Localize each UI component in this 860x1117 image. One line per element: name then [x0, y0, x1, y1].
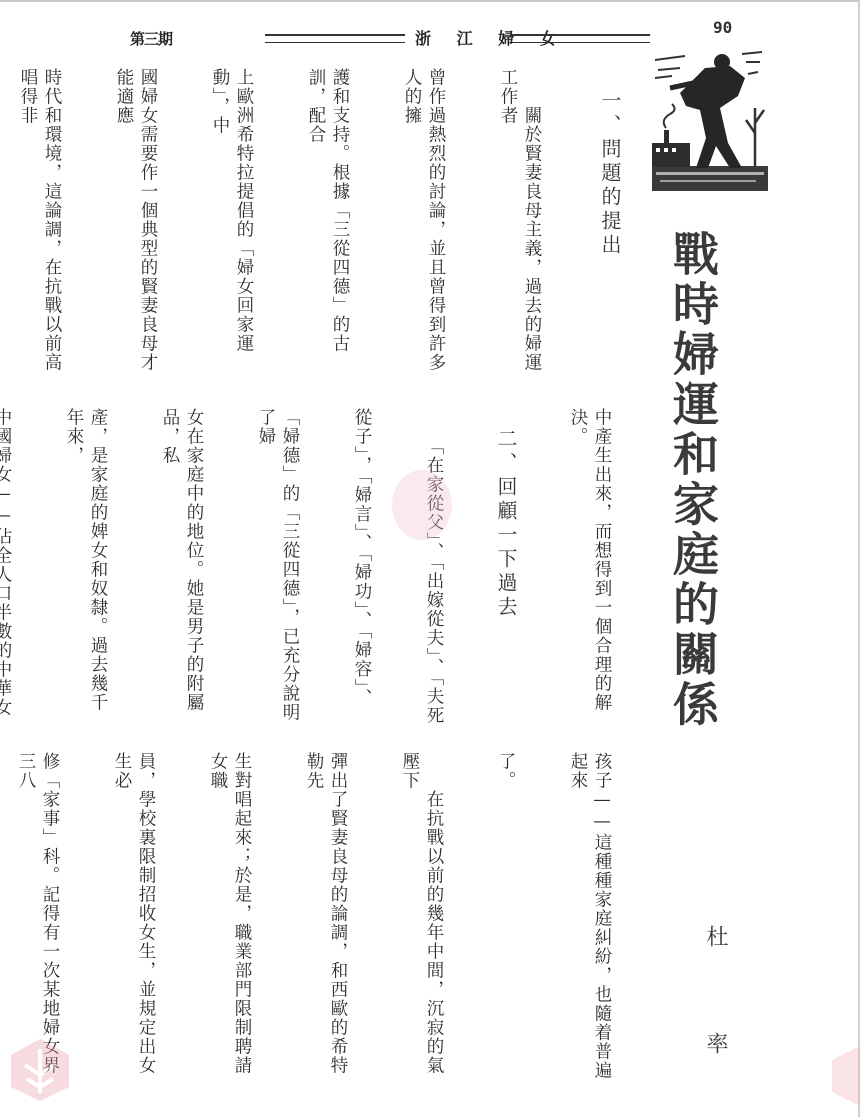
text-column: 中國婦女——佔全人口半數的中華女兒，就 [0, 408, 14, 728]
text-column: 彈出了賢妻良母的論調，和西歐的希特勒先 [302, 752, 350, 1092]
watermark-logo-partial-icon [822, 1040, 860, 1110]
article-author: 杜 率 [700, 925, 731, 1084]
top-band-text: 關於賢妻良母主義，過去的婦運工作者 曾作過熱烈的討論，並且曾得到許多人的擁 護和… [0, 68, 592, 388]
bottom-band-text: 孩子——這種種家庭糾紛，也隨着普遍起來 了。 在抗戰以前的幾年中間，沉寂的氣壓下… [0, 752, 662, 1092]
header-rule-right [510, 34, 650, 43]
watermark-blot [392, 470, 452, 540]
watermark-logo-icon [5, 1035, 75, 1105]
text-column: 國婦女需要作一個典型的賢妻良母才能適應 [112, 68, 160, 388]
text-column: 曾作過熱烈的討論，並且曾得到許多人的擁 [400, 68, 448, 388]
issue-label: 第三期 [130, 28, 172, 49]
text-column: 孩子——這種種家庭糾紛，也隨着普遍起來 [566, 752, 614, 1092]
text-column: 在抗戰以前的幾年中間，沉寂的氣壓下 [398, 752, 446, 1092]
header-rule-left [265, 34, 405, 43]
text-column: 從子」，「婦言」、「婦功」、「婦容」、 [350, 408, 374, 728]
text-column: 中產生出來，而想得到一個合理的解決。 [566, 408, 614, 728]
text-column: 關於賢妻良母主義，過去的婦運工作者 [496, 68, 544, 388]
section-1-heading: 一、問題的提出 [598, 90, 622, 350]
text-column: 上歐洲希特拉提倡的「婦女回家運動」，中 [208, 68, 256, 388]
section-2-heading: 二、回顧一下過去 [494, 408, 518, 728]
worker-woodcut-icon [650, 48, 770, 193]
page-header: 第三期 浙 江 婦 女 90 [130, 14, 730, 50]
text-column: 護和支持。根據「三從四德」的古訓，配合 [304, 68, 352, 388]
middle-band-text: 中產生出來，而想得到一個合理的解決。 二、回顧一下過去 「在家從父」、「出嫁從夫… [0, 408, 662, 728]
text-column: 生對唱起來；於是，職業部門限制聘請女職 [206, 752, 254, 1092]
text-column: 「婦德」的「三從四德」，已充分說明了婦 [254, 408, 302, 728]
text-column: 「在家從父」、「出嫁從夫」、「夫死 [422, 408, 446, 728]
page-number: 90 [713, 18, 732, 37]
text-column: 產，是家庭的婢女和奴隸。過去幾千年來， [62, 408, 110, 728]
article-title: 戰時婦運和家庭的關係 [668, 230, 718, 730]
text-column: 女在家庭中的地位。她是男子的附屬品，私 [158, 408, 206, 728]
text-column: 員，學校裏限制招收女生，並規定出女生必 [110, 752, 158, 1092]
text-column: 時代和環境，這論調，在抗戰以前高唱得非 [16, 68, 64, 388]
text-column: 了。 [494, 752, 518, 1092]
woodcut-illustration [650, 48, 770, 193]
page-top-border [0, 0, 860, 2]
